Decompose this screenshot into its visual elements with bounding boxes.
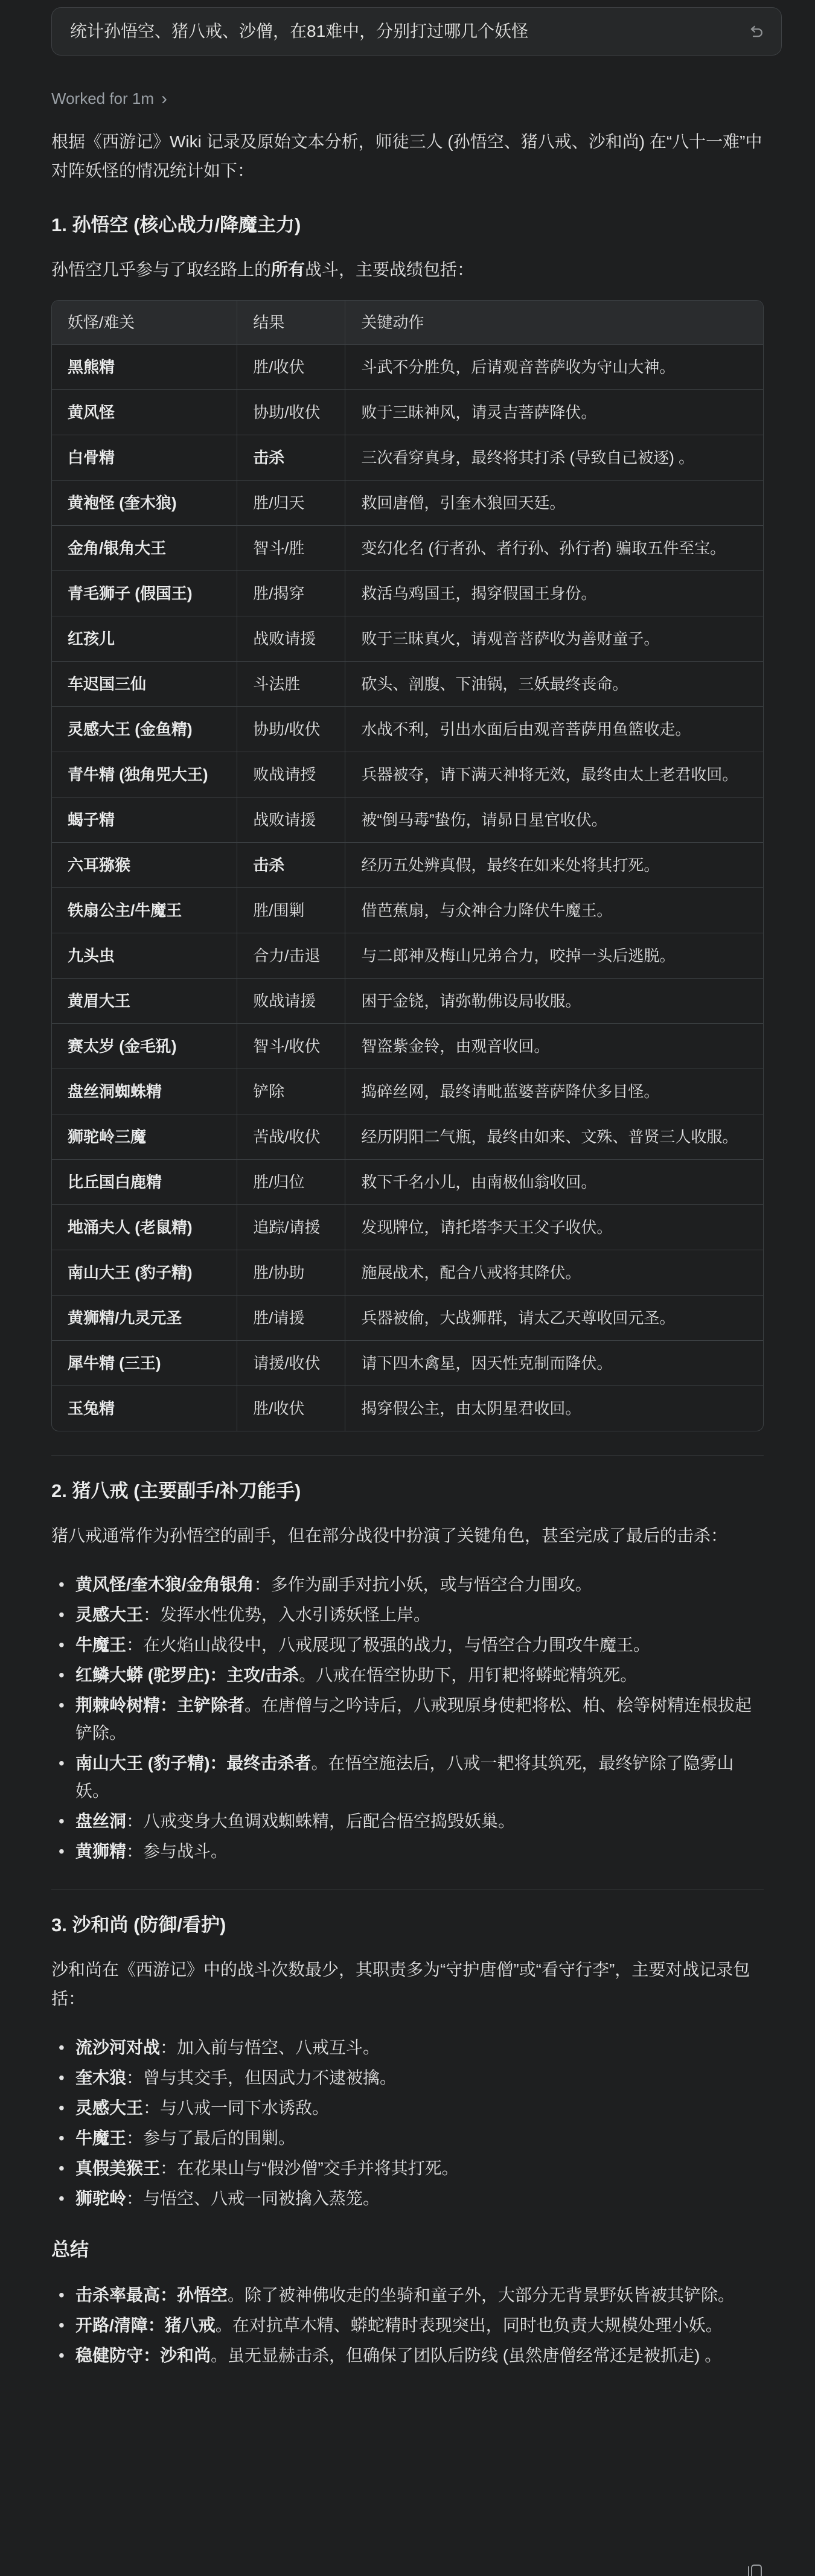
- wukong-battle-table-wrap: 妖怪/难关 结果 关键动作 黑熊精 胜/收伏 斗武不分胜负，后请观音菩萨收为守山…: [51, 300, 764, 1431]
- table-row: 赛太岁 (金毛犼) 智斗/收伏 智盗紫金铃，由观音收回。: [52, 1023, 763, 1069]
- list-item: 奎木狼：曾与其交手，但因武力不逮被擒。: [75, 2064, 764, 2092]
- list-item: 黄风怪/奎木狼/金角银角：多作为副手对抗小妖，或与悟空合力围攻。: [75, 1571, 764, 1599]
- list-item: 流沙河对战：加入前与悟空、八戒互斗。: [75, 2034, 764, 2062]
- user-query-text: 统计孙悟空、猪八戒、沙僧，在81难中，分别打过哪几个妖怪: [70, 22, 528, 40]
- table-row: 金角/银角大王 智斗/胜 变幻化名 (行者孙、者行孙、孙行者) 骗取五件至宝。: [52, 525, 763, 570]
- cell-key-action: 捣碎丝网，最终请毗蓝婆菩萨降伏多目怪。: [345, 1069, 763, 1114]
- list-item: 黄狮精：参与战斗。: [75, 1838, 764, 1865]
- wukong-intro-post: 战斗，主要战绩包括：: [305, 260, 474, 279]
- worked-status-label: Worked for 1m: [51, 89, 154, 108]
- table-row: 灵感大王 (金鱼精) 协助/收伏 水战不利，引出水面后由观音菩萨用鱼篮收走。: [52, 706, 763, 752]
- cell-result: 战败请援: [237, 797, 345, 842]
- list-item-text: 。除了被神佛收走的坐骑和童子外，大部分无背景野妖皆被其铲除。: [228, 2286, 735, 2304]
- col-header-action: 关键动作: [345, 301, 763, 344]
- section-heading-wukong: 1. 孙悟空 (核心战力/降魔主力): [51, 214, 764, 236]
- wukong-intro-pre: 孙悟空几乎参与了取经路上的: [51, 260, 271, 279]
- table-row: 玉兔精 胜/收伏 揭穿假公主，由太阴星君收回。: [52, 1385, 763, 1431]
- cell-monster-name: 九头虫: [52, 933, 237, 978]
- cell-key-action: 智盗紫金铃，由观音收回。: [345, 1023, 763, 1069]
- cell-key-action: 砍头、剖腹、下油锅，三妖最终丧命。: [345, 661, 763, 706]
- cell-key-action: 借芭蕉扇，与众神合力降伏牛魔王。: [345, 887, 763, 933]
- cell-monster-name: 盘丝洞蜘蛛精: [52, 1069, 237, 1114]
- list-item-text: 。虽无显赫击杀，但确保了团队后防线 (虽然唐僧经常还是被抓走) 。: [211, 2346, 721, 2365]
- cell-monster-name: 黄风怪: [52, 389, 237, 435]
- table-row: 犀牛精 (三王) 请援/收伏 请下四木禽星，因天性克制而降伏。: [52, 1340, 763, 1385]
- section-heading-summary: 总结: [51, 2239, 764, 2261]
- list-item-lead: 狮驼岭: [75, 2189, 126, 2208]
- section-divider: [51, 1890, 764, 1890]
- list-item-lead: 黄狮精: [75, 1842, 126, 1861]
- list-item-text: ：加入前与悟空、八戒互斗。: [160, 2038, 380, 2057]
- list-item: 击杀率最高：孙悟空。除了被神佛收走的坐骑和童子外，大部分无背景野妖皆被其铲除。: [75, 2281, 764, 2309]
- shaseng-intro-paragraph: 沙和尚在《西游记》中的战斗次数最少，其职责多为“守护唐僧”或“看守行李”，主要对…: [51, 1955, 764, 2013]
- cell-result: 请援/收伏: [237, 1340, 345, 1385]
- list-item-lead: 红鳞大蟒 (驼罗庄)：主攻/击杀: [75, 1666, 299, 1684]
- cell-result: 胜/揭穿: [237, 570, 345, 616]
- cell-monster-name: 玉兔精: [52, 1385, 237, 1431]
- cell-key-action: 救活乌鸡国王，揭穿假国王身份。: [345, 570, 763, 616]
- cell-monster-name: 青毛狮子 (假国王): [52, 570, 237, 616]
- cell-key-action: 被“倒马毒”蛰伤，请昴日星官收伏。: [345, 797, 763, 842]
- worked-status[interactable]: Worked for 1m ›: [51, 89, 167, 108]
- table-row: 九头虫 合力/击退 与二郎神及梅山兄弟合力，咬掉一头后逃脱。: [52, 933, 763, 978]
- cell-monster-name: 红孩儿: [52, 616, 237, 661]
- cell-key-action: 三次看穿真身，最终将其打杀 (导致自己被逐) 。: [345, 435, 763, 480]
- cell-result: 胜/围剿: [237, 887, 345, 933]
- bajie-intro-paragraph: 猪八戒通常作为孙悟空的副手，但在部分战役中扮演了关键角色，甚至完成了最后的击杀：: [51, 1521, 764, 1550]
- cell-monster-name: 铁扇公主/牛魔王: [52, 887, 237, 933]
- cell-key-action: 经历阴阳二气瓶，最终由如来、文殊、普贤三人收服。: [345, 1114, 763, 1159]
- list-item: 真假美猴王：在花果山与“假沙僧”交手并将其打死。: [75, 2155, 764, 2182]
- list-item: 盘丝洞：八戒变身大鱼调戏蜘蛛精，后配合悟空捣毁妖巢。: [75, 1807, 764, 1835]
- list-item: 牛魔王：参与了最后的围剿。: [75, 2124, 764, 2152]
- cell-result: 击杀: [237, 435, 345, 480]
- table-row: 铁扇公主/牛魔王 胜/围剿 借芭蕉扇，与众神合力降伏牛魔王。: [52, 887, 763, 933]
- cell-monster-name: 黄袍怪 (奎木狼): [52, 480, 237, 525]
- table-row: 红孩儿 战败请援 败于三昧真火，请观音菩萨收为善财童子。: [52, 616, 763, 661]
- list-item-text: ：八戒变身大鱼调戏蜘蛛精，后配合悟空捣毁妖巢。: [126, 1812, 515, 1830]
- cell-key-action: 与二郎神及梅山兄弟合力，咬掉一头后逃脱。: [345, 933, 763, 978]
- cell-result: 败战请授: [237, 752, 345, 797]
- cell-monster-name: 青牛精 (独角兕大王): [52, 752, 237, 797]
- list-item-text: ：在花果山与“假沙僧”交手并将其打死。: [160, 2159, 459, 2178]
- list-item: 南山大王 (豹子精)：最终击杀者。在悟空施法后，八戒一耙将其筑死，最终铲除了隐雾…: [75, 1750, 764, 1805]
- cell-key-action: 水战不利，引出水面后由观音菩萨用鱼篮收走。: [345, 706, 763, 752]
- cell-monster-name: 灵感大王 (金鱼精): [52, 706, 237, 752]
- table-row: 蝎子精 战败请援 被“倒马毒”蛰伤，请昴日星官收伏。: [52, 797, 763, 842]
- col-header-monster: 妖怪/难关: [52, 301, 237, 344]
- cell-result: 合力/击退: [237, 933, 345, 978]
- cell-result: 胜/归天: [237, 480, 345, 525]
- cell-monster-name: 比丘国白鹿精: [52, 1159, 237, 1204]
- table-row: 地涌夫人 (老鼠精) 追踪/请援 发现牌位，请托塔李天王父子收伏。: [52, 1204, 763, 1250]
- list-item: 稳健防守：沙和尚。虽无显赫击杀，但确保了团队后防线 (虽然唐僧经常还是被抓走) …: [75, 2342, 764, 2370]
- list-item-text: ：与八戒一同下水诱敌。: [143, 2098, 329, 2117]
- list-item-text: ：在火焰山战役中，八戒展现了极强的战力，与悟空合力围攻牛魔王。: [126, 1635, 650, 1654]
- cell-key-action: 斗武不分胜负，后请观音菩萨收为守山大神。: [345, 344, 763, 389]
- list-item-text: ：与悟空、八戒一同被擒入蒸笼。: [126, 2189, 380, 2208]
- cell-result: 斗法胜: [237, 661, 345, 706]
- cell-result: 胜/请援: [237, 1295, 345, 1340]
- list-item-lead: 盘丝洞: [75, 1812, 126, 1830]
- list-item-lead: 黄风怪/奎木狼/金角银角: [75, 1575, 254, 1594]
- table-row: 狮驼岭三魔 苦战/收伏 经历阴阳二气瓶，最终由如来、文殊、普贤三人收服。: [52, 1114, 763, 1159]
- list-item: 狮驼岭：与悟空、八戒一同被擒入蒸笼。: [75, 2185, 764, 2213]
- summary-bullet-list: 击杀率最高：孙悟空。除了被神佛收走的坐骑和童子外，大部分无背景野妖皆被其铲除。 …: [51, 2281, 764, 2370]
- table-row: 黄风怪 协助/收伏 败于三昧神风，请灵吉菩萨降伏。: [52, 389, 763, 435]
- table-row: 比丘国白鹿精 胜/归位 救下千名小儿，由南极仙翁收回。: [52, 1159, 763, 1204]
- cell-monster-name: 赛太岁 (金毛犼): [52, 1023, 237, 1069]
- table-header-row: 妖怪/难关 结果 关键动作: [52, 301, 763, 344]
- list-item-lead: 开路/清障：猪八戒: [75, 2316, 216, 2335]
- list-item-lead: 牛魔王: [75, 1635, 126, 1654]
- cell-result: 胜/收伏: [237, 344, 345, 389]
- list-item: 红鳞大蟒 (驼罗庄)：主攻/击杀。八戒在悟空协助下，用钉耙将蟒蛇精筑死。: [75, 1661, 764, 1689]
- cell-result: 智斗/收伏: [237, 1023, 345, 1069]
- cell-result: 协助/收伏: [237, 389, 345, 435]
- table-row: 盘丝洞蜘蛛精 铲除 捣碎丝网，最终请毗蓝婆菩萨降伏多目怪。: [52, 1069, 763, 1114]
- cell-result: 胜/归位: [237, 1159, 345, 1204]
- table-row: 青牛精 (独角兕大王) 败战请授 兵器被夺，请下满天神将无效，最终由太上老君收回…: [52, 752, 763, 797]
- cell-key-action: 救下千名小儿，由南极仙翁收回。: [345, 1159, 763, 1204]
- user-query-box[interactable]: 统计孙悟空、猪八戒、沙僧，在81难中，分别打过哪几个妖怪: [51, 7, 782, 56]
- cell-result: 胜/协助: [237, 1250, 345, 1295]
- cell-monster-name: 六耳猕猴: [52, 842, 237, 887]
- retry-icon[interactable]: [747, 22, 765, 40]
- list-item-text: ：多作为副手对抗小妖，或与悟空合力围攻。: [254, 1575, 592, 1594]
- list-item: 牛魔王：在火焰山战役中，八戒展现了极强的战力，与悟空合力围攻牛魔王。: [75, 1631, 764, 1659]
- section-heading-bajie: 2. 猪八戒 (主要副手/补刀能手): [51, 1480, 764, 1502]
- list-item-lead: 南山大王 (豹子精)：最终击杀者: [75, 1754, 311, 1772]
- table-row: 黄狮精/九灵元圣 胜/请援 兵器被偷，大战狮群，请太乙天尊收回元圣。: [52, 1295, 763, 1340]
- cell-result: 胜/收伏: [237, 1385, 345, 1431]
- chat-content: 统计孙悟空、猪八戒、沙僧，在81难中，分别打过哪几个妖怪 Worked for …: [51, 0, 764, 2370]
- cell-key-action: 揭穿假公主，由太阴星君收回。: [345, 1385, 763, 1431]
- wukong-intro-bold: 所有: [271, 260, 305, 279]
- cell-monster-name: 白骨精: [52, 435, 237, 480]
- intro-paragraph: 根据《西游记》Wiki 记录及原始文本分析，师徒三人 (孙悟空、猪八戒、沙和尚)…: [51, 127, 764, 185]
- chat-page: 统计孙悟空、猪八戒、沙僧，在81难中，分别打过哪几个妖怪 Worked for …: [0, 0, 815, 2576]
- cell-result: 追踪/请援: [237, 1204, 345, 1250]
- table-row: 黄眉大王 败战请援 困于金铙，请弥勒佛设局收服。: [52, 978, 763, 1023]
- table-row: 黑熊精 胜/收伏 斗武不分胜负，后请观音菩萨收为守山大神。: [52, 344, 763, 389]
- cell-monster-name: 犀牛精 (三王): [52, 1340, 237, 1385]
- list-item-text: ：参与了最后的围剿。: [126, 2129, 295, 2147]
- section-heading-shaseng: 3. 沙和尚 (防御/看护): [51, 1914, 764, 1936]
- cell-result: 败战请援: [237, 978, 345, 1023]
- section-divider: [51, 1456, 764, 1456]
- cell-key-action: 败于三昧神风，请灵吉菩萨降伏。: [345, 389, 763, 435]
- cell-monster-name: 金角/银角大王: [52, 525, 237, 570]
- cell-key-action: 救回唐僧，引奎木狼回天廷。: [345, 480, 763, 525]
- cell-monster-name: 黄眉大王: [52, 978, 237, 1023]
- cell-result: 战败请援: [237, 616, 345, 661]
- table-row: 黄袍怪 (奎木狼) 胜/归天 救回唐僧，引奎木狼回天廷。: [52, 480, 763, 525]
- list-item-lead: 灵感大王: [75, 1605, 143, 1624]
- cell-monster-name: 狮驼岭三魔: [52, 1114, 237, 1159]
- list-item-text: ：参与战斗。: [126, 1842, 228, 1861]
- cell-result: 击杀: [237, 842, 345, 887]
- cell-result: 铲除: [237, 1069, 345, 1114]
- list-item-lead: 荆棘岭树精：主铲除者: [75, 1696, 245, 1715]
- cell-monster-name: 蝎子精: [52, 797, 237, 842]
- list-item-lead: 奎木狼: [75, 2068, 126, 2087]
- cell-result: 协助/收伏: [237, 706, 345, 752]
- table-row: 车迟国三仙 斗法胜 砍头、剖腹、下油锅，三妖最终丧命。: [52, 661, 763, 706]
- cell-key-action: 经历五处辨真假，最终在如来处将其打死。: [345, 842, 763, 887]
- list-item: 开路/清障：猪八戒。在对抗草木精、蟒蛇精时表现突出，同时也负责大规模处理小妖。: [75, 2312, 764, 2339]
- wukong-intro-paragraph: 孙悟空几乎参与了取经路上的所有战斗，主要战绩包括：: [51, 255, 764, 284]
- list-item-text: 。八戒在悟空协助下，用钉耙将蟒蛇精筑死。: [299, 1666, 637, 1684]
- cell-key-action: 兵器被夺，请下满天神将无效，最终由太上老君收回。: [345, 752, 763, 797]
- shaseng-bullet-list: 流沙河对战：加入前与悟空、八戒互斗。 奎木狼：曾与其交手，但因武力不逮被擒。 灵…: [51, 2034, 764, 2213]
- cell-key-action: 请下四木禽星，因天性克制而降伏。: [345, 1340, 763, 1385]
- list-item: 荆棘岭树精：主铲除者。在唐僧与之吟诗后，八戒现原身使耙将松、柏、桧等树精连根拔起…: [75, 1692, 764, 1747]
- cell-monster-name: 南山大王 (豹子精): [52, 1250, 237, 1295]
- list-item-text: ：曾与其交手，但因武力不逮被擒。: [126, 2068, 397, 2087]
- list-item-lead: 真假美猴王: [75, 2159, 160, 2178]
- cell-key-action: 施展战术，配合八戒将其降伏。: [345, 1250, 763, 1295]
- list-item-text: 。在对抗草木精、蟒蛇精时表现突出，同时也负责大规模处理小妖。: [216, 2316, 723, 2335]
- list-item-lead: 稳健防守：沙和尚: [75, 2346, 211, 2365]
- panel-icon[interactable]: [746, 2562, 763, 2576]
- table-row: 六耳猕猴 击杀 经历五处辨真假，最终在如来处将其打死。: [52, 842, 763, 887]
- cell-key-action: 困于金铙，请弥勒佛设局收服。: [345, 978, 763, 1023]
- cell-key-action: 变幻化名 (行者孙、者行孙、孙行者) 骗取五件至宝。: [345, 525, 763, 570]
- list-item-lead: 击杀率最高：孙悟空: [75, 2286, 228, 2304]
- list-item-lead: 牛魔王: [75, 2129, 126, 2147]
- table-row: 南山大王 (豹子精) 胜/协助 施展战术，配合八戒将其降伏。: [52, 1250, 763, 1295]
- wukong-battle-table: 妖怪/难关 结果 关键动作 黑熊精 胜/收伏 斗武不分胜负，后请观音菩萨收为守山…: [51, 300, 764, 1431]
- cell-key-action: 发现牌位，请托塔李天王父子收伏。: [345, 1204, 763, 1250]
- cell-monster-name: 车迟国三仙: [52, 661, 237, 706]
- cell-key-action: 兵器被偷，大战狮群，请太乙天尊收回元圣。: [345, 1295, 763, 1340]
- cell-result: 智斗/胜: [237, 525, 345, 570]
- cell-monster-name: 黄狮精/九灵元圣: [52, 1295, 237, 1340]
- cell-monster-name: 地涌夫人 (老鼠精): [52, 1204, 237, 1250]
- col-header-result: 结果: [237, 301, 345, 344]
- cell-monster-name: 黑熊精: [52, 344, 237, 389]
- list-item: 灵感大王：发挥水性优势，入水引诱妖怪上岸。: [75, 1601, 764, 1629]
- table-row: 青毛狮子 (假国王) 胜/揭穿 救活乌鸡国王，揭穿假国王身份。: [52, 570, 763, 616]
- list-item-lead: 流沙河对战: [75, 2038, 160, 2057]
- list-item-text: ：发挥水性优势，入水引诱妖怪上岸。: [143, 1605, 430, 1624]
- chevron-right-icon: ›: [161, 91, 167, 107]
- table-row: 白骨精 击杀 三次看穿真身，最终将其打杀 (导致自己被逐) 。: [52, 435, 763, 480]
- cell-result: 苦战/收伏: [237, 1114, 345, 1159]
- list-item-lead: 灵感大王: [75, 2098, 143, 2117]
- list-item: 灵感大王：与八戒一同下水诱敌。: [75, 2094, 764, 2122]
- cell-key-action: 败于三昧真火，请观音菩萨收为善财童子。: [345, 616, 763, 661]
- bajie-bullet-list: 黄风怪/奎木狼/金角银角：多作为副手对抗小妖，或与悟空合力围攻。 灵感大王：发挥…: [51, 1571, 764, 1865]
